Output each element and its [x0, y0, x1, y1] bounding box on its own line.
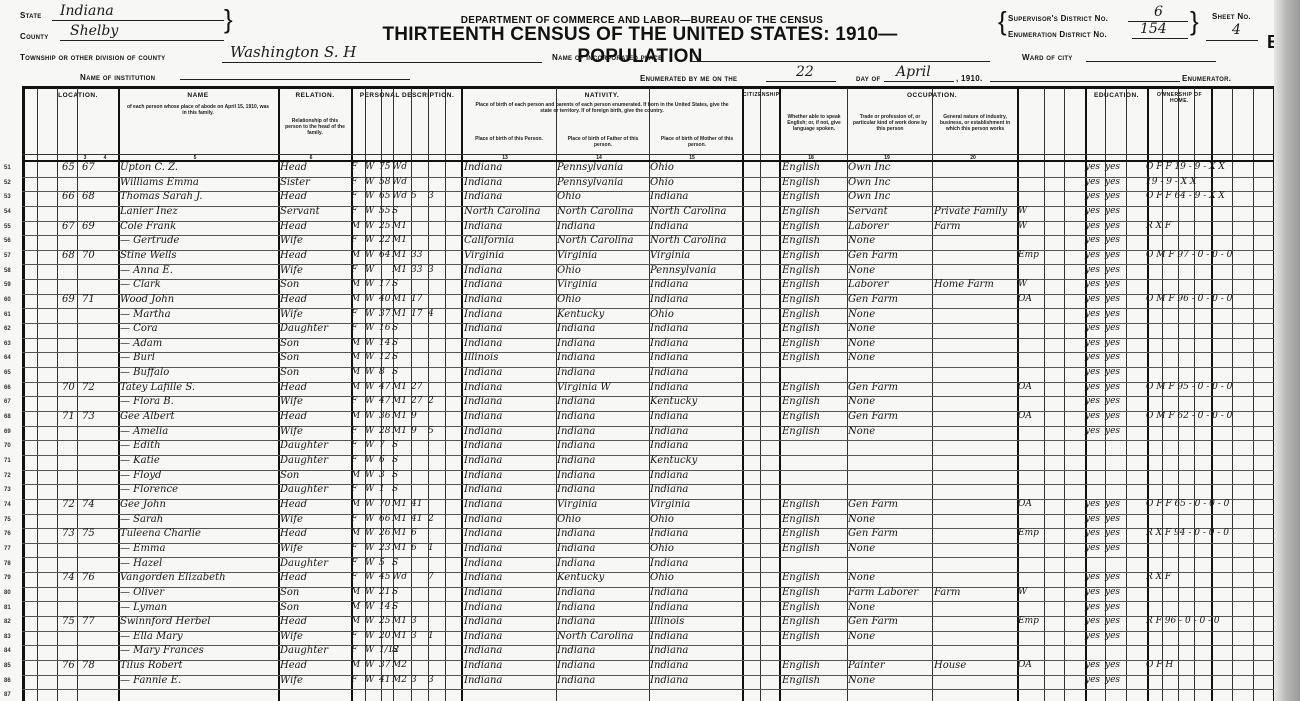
cell-name: — Lyman — [120, 602, 167, 613]
cell-mother: North Carolina — [650, 206, 726, 217]
cell-trade: Gen Farm — [848, 528, 898, 539]
cell-write: yes — [1105, 221, 1120, 231]
language-heading: Whether able to speak English; or, if no… — [783, 114, 845, 132]
cell-own: O M F 96 - 0 - 0 - 0 — [1146, 294, 1232, 304]
table-row: 576870Stine WellsHeadMW64M133VirginiaVir… — [22, 251, 1274, 266]
table-row: 857678Tilus RobertHeadMW37M2IndianaIndia… — [22, 661, 1274, 676]
cell-race: W — [365, 396, 374, 406]
cell-age: 21 — [379, 587, 390, 597]
cell-lang: English — [782, 352, 820, 363]
cell-age: 16 — [379, 323, 390, 333]
table-row: 63— AdamSonMW14SIndianaIndianaIndianaEng… — [22, 339, 1274, 354]
cell-relation: Son — [280, 470, 299, 481]
cell-emp: W — [1018, 206, 1027, 216]
cell-relation: Head — [280, 191, 307, 202]
cell-mother: Indiana — [650, 221, 688, 232]
enumerated-label: Enumerated by me on the — [640, 74, 737, 83]
cell-dwelling: 70 — [62, 382, 75, 393]
cell-mother: Indiana — [650, 367, 688, 378]
cell-write: yes — [1105, 382, 1120, 392]
cell-sex: M — [351, 411, 360, 421]
page-edge — [1274, 0, 1300, 701]
cell-read: yes — [1085, 235, 1100, 245]
cell-trade: None — [848, 235, 875, 246]
cell-age: 7 — [379, 440, 385, 450]
table-row: 67— Flora B.WifeFW47M1272IndianaIndianaK… — [22, 397, 1274, 412]
cell-name: — Oliver — [120, 587, 164, 598]
cell-mother: Indiana — [650, 484, 688, 495]
cell-family: 74 — [82, 499, 95, 510]
cell-birth: Indiana — [464, 455, 502, 466]
cell-emp: OA — [1018, 411, 1032, 421]
table-row: 65— BuffaloSonMW8SIndianaIndianaIndianay… — [22, 368, 1274, 383]
cell-birth: Indiana — [464, 675, 502, 686]
cell-mother: Indiana — [650, 294, 688, 305]
cell-own: O F H — [1146, 660, 1173, 670]
relation-heading: RELATION. — [279, 92, 351, 99]
cell-trade: None — [848, 265, 875, 276]
table-row: 86— Fannie E.WifeFW41M233IndianaIndianaI… — [22, 676, 1274, 691]
cell-race: W — [365, 514, 374, 524]
cell-b: 6 — [411, 528, 417, 538]
cell-name: — Amelia — [120, 426, 168, 437]
cell-read: yes — [1085, 367, 1100, 377]
cell-marital: M1 — [392, 411, 407, 421]
cell-birth: Indiana — [464, 440, 502, 451]
cell-name: Swinnford Herbel — [120, 616, 211, 627]
cell-write: yes — [1105, 294, 1120, 304]
cell-sex: F — [351, 162, 357, 172]
cell-dwelling: 68 — [62, 250, 75, 261]
cell-sex: F — [351, 235, 357, 245]
table-row: 516567Upton C. Z.HeadFW75WdIndianaPennsy… — [22, 163, 1274, 178]
cell-lang: English — [782, 265, 820, 276]
cell-name: Lanier Inez — [120, 206, 178, 217]
cell-trade: Gen Farm — [848, 616, 898, 627]
cell-race: W — [365, 631, 374, 641]
enumerated-day: 22 — [796, 64, 814, 80]
cell-mother: Indiana — [650, 338, 688, 349]
cell-name: — Cora — [120, 323, 158, 334]
cell-sex: F — [351, 645, 357, 655]
cell-read: yes — [1085, 602, 1100, 612]
table-row: 747274Gee JohnHeadMW70M141IndianaVirgini… — [22, 500, 1274, 515]
cell-relation: Head — [280, 616, 307, 627]
cell-age: 55 — [379, 206, 390, 216]
cell-father: Indiana — [557, 440, 595, 451]
cell-father: Indiana — [557, 367, 595, 378]
cell-c: 4 — [428, 309, 434, 319]
cell-sex: M — [351, 367, 360, 377]
cell-lang: English — [782, 294, 820, 305]
line-number: 65 — [4, 370, 11, 376]
table-row: 84— Mary FrancesDaughterFW1/12SIndianaIn… — [22, 646, 1274, 661]
township-value: Washington S. H — [230, 43, 356, 61]
cell-birth: Indiana — [464, 265, 502, 276]
cell-lang: English — [782, 528, 820, 539]
cell-name: — Florence — [120, 484, 178, 495]
cell-birth: Indiana — [464, 162, 502, 173]
cell-birth: Indiana — [464, 514, 502, 525]
cell-birth: Indiana — [464, 572, 502, 583]
cell-read: yes — [1085, 279, 1100, 289]
cell-father: Indiana — [557, 338, 595, 349]
cell-father: North Carolina — [557, 631, 633, 642]
cell-lang: English — [782, 616, 820, 627]
cell-age: 5 — [379, 558, 385, 568]
cell-name: — Flora B. — [120, 396, 174, 407]
cell-father: Indiana — [557, 645, 595, 656]
birth-person-heading: Place of birth of this Person. — [465, 136, 553, 142]
cell-write: yes — [1105, 528, 1120, 538]
cell-write: yes — [1105, 426, 1120, 436]
cell-birth: Indiana — [464, 294, 502, 305]
cell-father: Ohio — [557, 514, 581, 525]
cell-family: 67 — [82, 162, 95, 173]
cell-trade: None — [848, 631, 875, 642]
cell-sex: F — [351, 426, 357, 436]
table-row: 70— EdithDaughterFW7SIndianaIndianaIndia… — [22, 441, 1274, 456]
cell-birth: North Carolina — [464, 206, 540, 217]
cell-name: — Anna E. — [120, 265, 173, 276]
cell-birth: Indiana — [464, 602, 502, 613]
cell-industry: Home Farm — [934, 279, 994, 290]
cell-marital: M1 — [392, 221, 407, 231]
table-row: 827577Swinnford HerbelHeadMW25M13Indiana… — [22, 617, 1274, 632]
cell-read: yes — [1085, 162, 1100, 172]
cell-birth: Indiana — [464, 411, 502, 422]
cell-marital: S — [392, 279, 398, 289]
cell-relation: Head — [280, 499, 307, 510]
cell-age: 25 — [379, 616, 390, 626]
cell-dwelling: 67 — [62, 221, 75, 232]
cell-race: W — [365, 162, 374, 172]
table-row: 81— LymanSonMW14SIndianaIndianaIndianaEn… — [22, 603, 1274, 618]
enumeration-label: Enumeration District No. — [1008, 30, 1107, 39]
table-row: 72— FloydSonMW3SIndianaIndianaIndiana — [22, 471, 1274, 486]
enumerated-month: April — [896, 64, 931, 80]
cell-age: 47 — [379, 382, 390, 392]
cell-father: Indiana — [557, 660, 595, 671]
cell-sex: F — [351, 455, 357, 465]
cell-age: 28 — [379, 426, 390, 436]
table-row: 75— SarahWifeFW66M1412IndianaOhioOhioEng… — [22, 515, 1274, 530]
cell-mother: Indiana — [650, 675, 688, 686]
cell-c: 1 — [428, 543, 434, 553]
cell-marital: S — [392, 455, 398, 465]
cell-mother: Ohio — [650, 177, 674, 188]
cell-race: W — [365, 382, 374, 392]
cell-sex: F — [351, 309, 357, 319]
line-number: 67 — [4, 399, 11, 405]
cell-mother: Ohio — [650, 572, 674, 583]
line-number: 55 — [4, 224, 11, 230]
cell-trade: Gen Farm — [848, 411, 898, 422]
cell-relation: Wife — [280, 265, 303, 276]
cell-sex: M — [351, 250, 360, 260]
cell-own: O M F 97 - 0 - 0 - 0 — [1146, 250, 1232, 260]
table-row: 78— HazelDaughterFW5SIndianaIndianaIndia… — [22, 559, 1274, 574]
line-number: 84 — [4, 648, 11, 654]
cell-c: 7 — [428, 572, 434, 582]
line-number: 79 — [4, 575, 11, 581]
cell-birth: California — [464, 235, 514, 246]
cell-father: Indiana — [557, 470, 595, 481]
cell-c: 5 — [428, 426, 434, 436]
cell-sex: M — [351, 587, 360, 597]
cell-marital: M1 — [392, 309, 407, 319]
cell-trade: Gen Farm — [848, 250, 898, 261]
cell-write: yes — [1105, 309, 1120, 319]
cell-lang: English — [782, 514, 820, 525]
cell-marital: S — [392, 338, 398, 348]
cell-trade: Servant — [848, 206, 888, 217]
cell-family: 75 — [82, 528, 95, 539]
cell-relation: Son — [280, 367, 299, 378]
cell-father: Indiana — [557, 426, 595, 437]
table-row: 71— KatieDaughterFW6SIndianaIndianaKentu… — [22, 456, 1274, 471]
cell-write: yes — [1105, 279, 1120, 289]
cell-dwelling: 74 — [62, 572, 75, 583]
day-of-label: day of — [856, 74, 880, 83]
cell-birth: Indiana — [464, 645, 502, 656]
cell-relation: Wife — [280, 426, 303, 437]
table-row: 797476Vangorden ElizabethHeadFW45Wd7Indi… — [22, 573, 1274, 588]
location-heading: LOCATION. — [39, 92, 117, 99]
cell-sex: F — [351, 572, 357, 582]
cell-name: Upton C. Z. — [120, 162, 178, 173]
cell-name: Thomas Sarah J. — [120, 191, 202, 202]
birth-father-heading: Place of birth of Father of this person. — [559, 136, 647, 148]
line-number: 83 — [4, 634, 11, 640]
cell-emp: Emp — [1018, 616, 1039, 626]
cell-mother: Ohio — [650, 162, 674, 173]
cell-age: 23 — [379, 543, 390, 553]
cell-name: — Ella Mary — [120, 631, 183, 642]
ward-line — [1086, 50, 1216, 62]
cell-marital: S — [392, 484, 398, 494]
cell-write: yes — [1105, 338, 1120, 348]
cell-marital: S — [392, 645, 398, 655]
cell-age: 45 — [379, 572, 390, 582]
cell-lang: English — [782, 221, 820, 232]
cell-family: 76 — [82, 572, 95, 583]
cell-trade: None — [848, 352, 875, 363]
cell-own: O F F 19 - 9 - X X — [1146, 162, 1225, 172]
year-label: , 1910. — [956, 74, 983, 83]
cell-race: W — [365, 352, 374, 362]
cell-marital: S — [392, 440, 398, 450]
cell-relation: Head — [280, 294, 307, 305]
cell-read: yes — [1085, 572, 1100, 582]
cell-relation: Wife — [280, 675, 303, 686]
cell-race: W — [365, 499, 374, 509]
cell-name: Tilus Robert — [120, 660, 183, 671]
table-row: 87 — [22, 690, 1274, 701]
cell-birth: Indiana — [464, 470, 502, 481]
cell-relation: Head — [280, 162, 307, 173]
cell-marital: Wd — [392, 572, 407, 582]
cell-relation: Head — [280, 660, 307, 671]
county-label: County — [20, 32, 49, 41]
ward-label: Ward of city — [1022, 53, 1073, 62]
cell-birth: Indiana — [464, 543, 502, 554]
cell-sex: M — [351, 602, 360, 612]
occupation-heading: OCCUPATION. — [848, 92, 1016, 99]
cell-lang: English — [782, 309, 820, 320]
line-number: 53 — [4, 194, 11, 200]
line-number: 71 — [4, 458, 11, 464]
cell-sex: F — [351, 396, 357, 406]
cell-trade: None — [848, 396, 875, 407]
cell-marital: M1 — [392, 265, 407, 275]
cell-sex: M — [351, 528, 360, 538]
cell-own: O F F 65 - 0 - 0 - 0 — [1146, 499, 1229, 509]
cell-trade: Laborer — [848, 221, 889, 232]
cell-family: 77 — [82, 616, 95, 627]
personal-heading: PERSONAL DESCRIPTION. — [353, 92, 461, 99]
cell-relation: Son — [280, 279, 299, 290]
cell-mother: Indiana — [650, 602, 688, 613]
cell-race: W — [365, 221, 374, 231]
cell-read: yes — [1085, 514, 1100, 524]
cell-father: Ohio — [557, 265, 581, 276]
cell-sex: F — [351, 631, 357, 641]
cell-lang: English — [782, 426, 820, 437]
cell-marital: M1 — [392, 382, 407, 392]
cell-trade: None — [848, 602, 875, 613]
cell-name: — Clark — [120, 279, 161, 290]
line-number: 58 — [4, 268, 11, 274]
cell-trade: Gen Farm — [848, 382, 898, 393]
cell-age: 65 — [379, 191, 390, 201]
cell-sex: F — [351, 440, 357, 450]
cell-father: Virginia — [557, 279, 597, 290]
cell-marital: M1 — [392, 294, 407, 304]
cell-father: Indiana — [557, 455, 595, 466]
cell-b: 9 — [411, 426, 417, 436]
cell-relation: Head — [280, 528, 307, 539]
cell-trade: Painter — [848, 660, 885, 671]
cell-lang: English — [782, 338, 820, 349]
cell-own: O M F 62 - 0 - 0 - 0 — [1146, 411, 1232, 421]
cell-industry: Private Family — [934, 206, 1007, 217]
cell-write: yes — [1105, 250, 1120, 260]
line-number: 64 — [4, 355, 11, 361]
cell-age: 3 — [379, 470, 385, 480]
cell-marital: Wd — [392, 177, 407, 187]
cell-sex: M — [351, 338, 360, 348]
relation-description: Relationship of this person to the head … — [283, 118, 347, 136]
cell-write: yes — [1105, 206, 1120, 216]
cell-b: 33 — [411, 250, 422, 260]
cell-marital: S — [392, 602, 398, 612]
cell-lang: English — [782, 279, 820, 290]
cell-own: 19 - 9 - X X — [1146, 177, 1196, 187]
cell-marital: M1 — [392, 396, 407, 406]
cell-lang: English — [782, 206, 820, 217]
cell-age: 37 — [379, 660, 390, 670]
cell-name: Gee John — [120, 499, 166, 510]
cell-age: 37 — [379, 309, 390, 319]
name-heading: NAME — [119, 92, 277, 99]
cell-relation: Head — [280, 382, 307, 393]
cell-trade: Own Inc — [848, 162, 890, 173]
cell-father: Kentucky — [557, 309, 604, 320]
cell-father: Indiana — [557, 396, 595, 407]
cell-b: 41 — [411, 499, 422, 509]
table-row: 58— Anna E.WifeFWM1333IndianaOhioPennsyl… — [22, 266, 1274, 281]
cell-father: Indiana — [557, 528, 595, 539]
cell-age: 14 — [379, 602, 390, 612]
cell-father: Pennsylvania — [557, 177, 623, 188]
cell-relation: Head — [280, 221, 307, 232]
cell-father: Indiana — [557, 352, 595, 363]
cell-own: R X F — [1146, 572, 1171, 582]
cell-dwelling: 76 — [62, 660, 75, 671]
table-row: 73— FlorenceDaughterFW1SIndianaIndianaIn… — [22, 485, 1274, 500]
cell-race: W — [365, 309, 374, 319]
cell-name: — Martha — [120, 309, 171, 320]
cell-relation: Wife — [280, 543, 303, 554]
cell-lang: English — [782, 675, 820, 686]
cell-name: — Fannie E. — [120, 675, 181, 686]
cell-relation: Daughter — [280, 455, 328, 466]
cell-lang: English — [782, 499, 820, 510]
line-number: 56 — [4, 238, 11, 244]
cell-trade: None — [848, 675, 875, 686]
table-row: 69— AmeliaWifeFW28M195IndianaIndianaIndi… — [22, 427, 1274, 442]
line-number: 82 — [4, 619, 11, 625]
cell-race: W — [365, 177, 374, 187]
cell-father: Indiana — [557, 616, 595, 627]
cell-age: 6 — [379, 455, 385, 465]
cell-father: Indiana — [557, 543, 595, 554]
cell-sex: M — [351, 499, 360, 509]
enumerator-line — [990, 71, 1180, 82]
cell-age: 40 — [379, 294, 390, 304]
cell-mother: Kentucky — [650, 396, 697, 407]
cell-read: yes — [1085, 177, 1100, 187]
cell-name: Cole Frank — [120, 221, 176, 232]
cell-sex: F — [351, 206, 357, 216]
institution-line — [180, 70, 410, 80]
cell-c: 3 — [428, 191, 434, 201]
cell-age: 36 — [379, 411, 390, 421]
cell-relation: Daughter — [280, 645, 328, 656]
cell-birth: Indiana — [464, 660, 502, 671]
cell-marital: S — [392, 558, 398, 568]
cell-write: yes — [1105, 411, 1120, 421]
cell-read: yes — [1085, 294, 1100, 304]
cell-name: Wood John — [120, 294, 174, 305]
line-number: 77 — [4, 546, 11, 552]
cell-marital: M1 — [392, 250, 407, 260]
cell-dwelling: 66 — [62, 191, 75, 202]
line-number: 70 — [4, 443, 11, 449]
cell-trade: None — [848, 514, 875, 525]
cell-relation: Son — [280, 352, 299, 363]
cell-own: R F 96 - 0 - 0 - 0 — [1146, 616, 1220, 626]
cell-lang: English — [782, 235, 820, 246]
cell-father: Indiana — [557, 602, 595, 613]
district-brace-left: { — [998, 8, 1007, 34]
incorporated-place-line — [690, 50, 990, 62]
cell-father: Indiana — [557, 221, 595, 232]
cell-lang: English — [782, 323, 820, 334]
cell-sex: F — [351, 675, 357, 685]
nativity-description: Place of birth of each person and parent… — [469, 102, 735, 114]
